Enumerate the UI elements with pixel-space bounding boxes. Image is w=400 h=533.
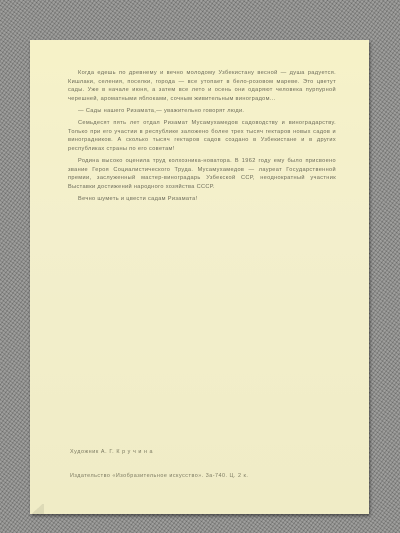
artist-name: Кручина xyxy=(116,449,155,455)
paragraph-1: Когда едешь по древнему и вечно молодому… xyxy=(68,69,336,104)
publisher-imprint: Издательство «Изобразительное искусство»… xyxy=(70,473,248,479)
paragraph-3: Семьдесят пять лет отдал Ризамат Мусамух… xyxy=(68,119,336,154)
artist-label: Художник А. Г. xyxy=(70,449,114,455)
postcard-back: Когда едешь по древнему и вечно молодому… xyxy=(30,40,369,514)
body-text: Когда едешь по древнему и вечно молодому… xyxy=(68,69,336,207)
paragraph-4: Родина высоко оценила труд колхозника-но… xyxy=(68,157,336,192)
artist-credit: Художник А. Г. Кручина xyxy=(70,449,155,455)
paragraph-2: — Сады нашего Ризамата,— уважительно гов… xyxy=(68,107,336,116)
paragraph-5: Вечно шуметь и цвести садам Ризамата! xyxy=(68,195,336,204)
